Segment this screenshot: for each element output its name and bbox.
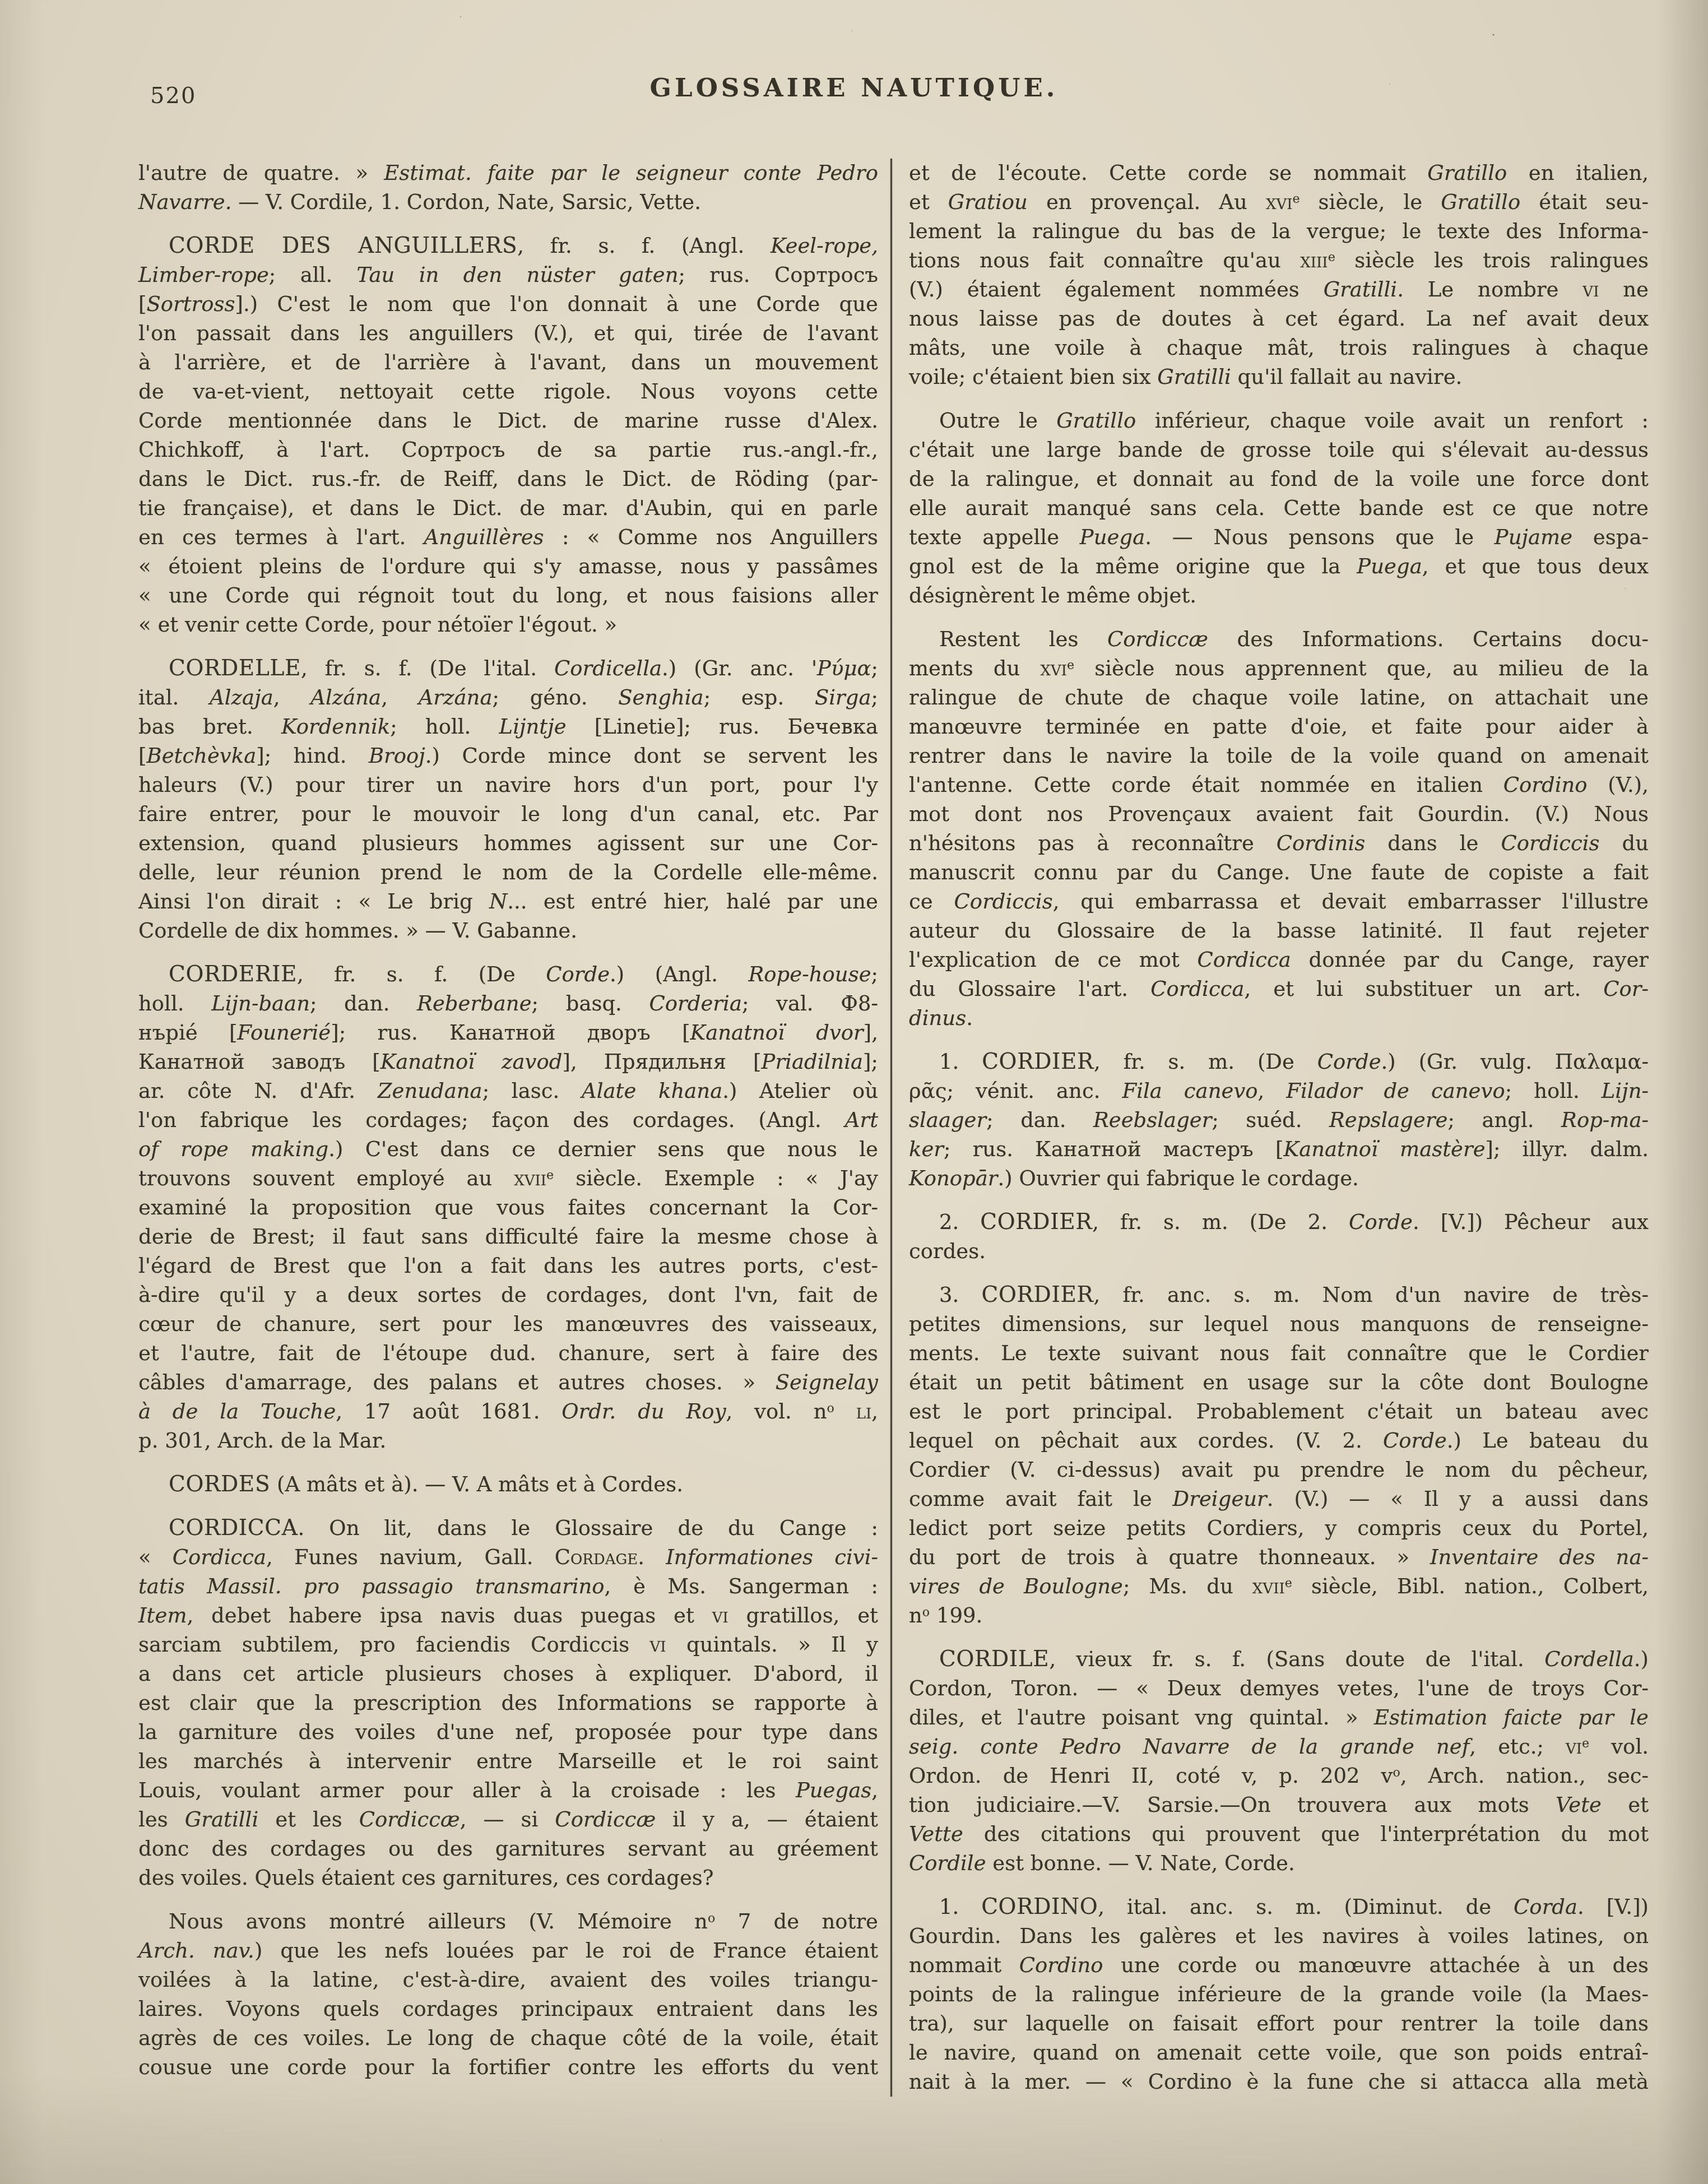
text-line: CORDELLE, fr. s. f. (De l'ital. Cordicel… (138, 654, 878, 683)
text-line: laires. Voyons quels cordages principaux… (138, 1995, 878, 2024)
text-line: ker; rus. Канатной мастеръ [Kanatnoï mas… (909, 1135, 1649, 1164)
text-line: lement la ralingue du bas de la vergue; … (909, 217, 1649, 246)
text-line: p. 301, Arch. de la Mar. (138, 1426, 878, 1455)
text-line: cousue une corde pour la fortifier contr… (138, 2053, 878, 2082)
text-line: slaager; dan. Reebslager; suéd. Repslage… (909, 1106, 1649, 1135)
entry-cordile: CORDILE, vieux fr. s. f. (Sans doute de … (909, 1645, 1649, 1878)
text-line: CORDICCA. On lit, dans le Glossaire de d… (138, 1514, 878, 1543)
text-line: Arch. nav.) que les nefs louées par le r… (138, 1936, 878, 1965)
text-line: Ordon. de Henri II, coté v, p. 202 vo, A… (909, 1761, 1649, 1791)
continuation-gratillo: et de l'écoute. Cette corde se nommait G… (909, 159, 1649, 392)
text-line: 2. CORDIER, fr. s. m. (De 2. Corde. [V.]… (909, 1208, 1649, 1237)
text-line: Nous avons montré ailleurs (V. Mémoire n… (138, 1907, 878, 1936)
text-line: voilées à la latine, c'est-à-dire, avaie… (138, 1965, 878, 1995)
continuation-corde: l'autre de quatre. » Estimat. faite par … (138, 159, 878, 217)
text-line: seig. conte Pedro Navarre de la grande n… (909, 1732, 1649, 1761)
entry-cordier-3: 3. CORDIER, fr. anc. s. m. Nom d'un navi… (909, 1281, 1649, 1630)
text-line: Louis, voulant armer pour aller à la cro… (138, 1776, 878, 1805)
text-line: dans le Dict. rus.-fr. de Reiff, dans le… (138, 465, 878, 494)
text-line: tion judiciaire.—V. Sarsie.—On trouvera … (909, 1791, 1649, 1820)
text-line: examiné la proposition que vous faites c… (138, 1193, 878, 1222)
text-line: est le port principal. Probablement c'ét… (909, 1397, 1649, 1426)
text-line: nous laisse pas de doutes à cet égard. L… (909, 304, 1649, 333)
text-line: vires de Boulogne; Ms. du xviie siècle, … (909, 1572, 1649, 1601)
text-line: mâts, une voile à chaque mât, trois rali… (909, 333, 1649, 363)
text-line: ρᾶς; vénit. anc. Fila canevo, Filador de… (909, 1077, 1649, 1106)
text-line: CORDES (A mâts et à). — V. A mâts et à C… (138, 1470, 878, 1499)
text-line: texte appelle Puega. — Nous pensons que … (909, 523, 1649, 552)
text-line: est clair que la prescription des Inform… (138, 1689, 878, 1718)
text-line: 1. CORDINO, ital. anc. s. m. (Diminut. d… (909, 1893, 1649, 1922)
text-line: « Cordicca, Funes navium, Gall. Cordage.… (138, 1543, 878, 1572)
entry-cordier-1: 1. CORDIER, fr. s. m. (De Corde.) (Gr. v… (909, 1047, 1649, 1193)
page-title: GLOSSAIRE NAUTIQUE. (0, 73, 1708, 103)
text-line: « et venir cette Corde, pour nétoïer l'é… (138, 610, 878, 639)
entry-cordier-2: 2. CORDIER, fr. s. m. (De 2. Corde. [V.]… (909, 1208, 1649, 1266)
text-line: Cordile est bonne. — V. Nate, Corde. (909, 1849, 1649, 1878)
text-line: Vette des citations qui prouvent que l'i… (909, 1820, 1649, 1849)
text-line: à l'arrière, et de l'arrière à l'avant, … (138, 348, 878, 377)
entry-cordes: CORDES (A mâts et à). — V. A mâts et à C… (138, 1470, 878, 1499)
text-line: nait à la mer. — « Cordino è la fune che… (909, 2067, 1649, 2097)
text-line: dinus. (909, 1004, 1649, 1033)
text-line: la garniture des voiles d'une nef, propo… (138, 1718, 878, 1747)
text-line: cœur de chanure, sert pour les manœuvres… (138, 1310, 878, 1339)
text-line: câbles d'amarrage, des palans et autres … (138, 1368, 878, 1397)
text-line: Outre le Gratillo inférieur, chaque voil… (909, 406, 1649, 435)
text-line: Gourdin. Dans les galères et les navires… (909, 1922, 1649, 1951)
text-line: a dans cet article plusieurs choses à ex… (138, 1659, 878, 1689)
text-line: Ainsi l'on dirait : « Le brig N... est e… (138, 887, 878, 916)
text-line: l'on fabrique les cordages; façon des co… (138, 1106, 878, 1135)
text-line: cordes. (909, 1237, 1649, 1266)
text-line: Канатной заводъ [Kanatnoï zavod], Прядил… (138, 1047, 878, 1077)
text-line: sarciam subtilem, pro faciendis Cordicci… (138, 1630, 878, 1659)
entry-cordicca-paragraph-2: Nous avons montré ailleurs (V. Mémoire n… (138, 1907, 878, 2082)
text-line: elle aurait manqué sans cela. Cette band… (909, 494, 1649, 523)
text-line: et l'autre, fait de l'étoupe dud. chanur… (138, 1339, 878, 1368)
text-line: les Gratilli et les Cordiccæ, — si Cordi… (138, 1805, 878, 1834)
right-column: et de l'écoute. Cette corde se nommait G… (909, 159, 1649, 2097)
text-line: agrès de ces voiles. Le long de chaque c… (138, 2024, 878, 2053)
text-line: « une Corde qui régnoit tout du long, et… (138, 581, 878, 610)
text-line: le navire, quand on amenait cette voile,… (909, 2038, 1649, 2067)
text-line: diles, et l'autre poisant vng quintal. »… (909, 1703, 1649, 1732)
text-line: tions nous fait connaître qu'au xiiie si… (909, 246, 1649, 275)
text-line: Cordier (V. ci-dessus) avait pu prendre … (909, 1455, 1649, 1485)
entry-cordicca: CORDICCA. On lit, dans le Glossaire de d… (138, 1514, 878, 1893)
text-line: ce Cordiccis, qui embarrassa et devait e… (909, 887, 1649, 916)
text-line: no 199. (909, 1601, 1649, 1630)
entry-cordino-1: 1. CORDINO, ital. anc. s. m. (Diminut. d… (909, 1893, 1649, 2097)
text-line: 1. CORDIER, fr. s. m. (De Corde.) (Gr. v… (909, 1047, 1649, 1077)
text-line: l'autre de quatre. » Estimat. faite par … (138, 159, 878, 188)
text-line: manuscrit connu par du Cange. Une faute … (909, 858, 1649, 887)
text-line: n'hésitons pas à reconnaître Cordinis da… (909, 829, 1649, 858)
entry-corde-des-anguillers: CORDE DES ANGUILLERS, fr. s. f. (Angl. K… (138, 231, 878, 639)
text-line: holl. Lijn-baan; dan. Reberbane; basq. C… (138, 989, 878, 1018)
text-line: l'explication de ce mot Cordicca donnée … (909, 945, 1649, 975)
entry-cordelle: CORDELLE, fr. s. f. (De l'ital. Cordicel… (138, 654, 878, 945)
text-line: désignèrent le même objet. (909, 581, 1649, 610)
text-line: des voiles. Quels étaient ces garnitures… (138, 1863, 878, 1893)
text-line: manœuvre terminée en patte d'oie, et fai… (909, 712, 1649, 741)
text-line: ments du xvie siècle nous apprennent que… (909, 654, 1649, 683)
text-line: (V.) étaient également nommées Gratilli.… (909, 275, 1649, 304)
text-line: faire entrer, pour le mouvoir le long d'… (138, 800, 878, 829)
text-line: comme avait fait le Dreigeur. (V.) — « I… (909, 1485, 1649, 1514)
text-line: tatis Massil. pro passagio transmarino, … (138, 1572, 878, 1601)
text-line: l'on passait dans les anguillers (V.), e… (138, 319, 878, 348)
text-line: en ces termes à l'art. Anguillères : « C… (138, 523, 878, 552)
text-line: Cordon, Toron. — « Deux demyes vetes, l'… (909, 1674, 1649, 1703)
text-line: lequel on pêchait aux cordes. (V. 2. Cor… (909, 1426, 1649, 1455)
left-column: l'autre de quatre. » Estimat. faite par … (138, 159, 878, 2097)
text-line: haleurs (V.) pour tirer un navire hors d… (138, 771, 878, 800)
text-line: ar. côte N. d'Afr. Zenudana; lasc. Alate… (138, 1077, 878, 1106)
text-line: [Betchèvka]; hind. Brooj.) Corde mince d… (138, 741, 878, 771)
text-line: Item, debet habere ipsa navis duas puega… (138, 1601, 878, 1630)
text-line: ralingue de chute de chaque voile latine… (909, 683, 1649, 712)
text-line: ledict port seize petits Cordiers, y com… (909, 1514, 1649, 1543)
text-line: of rope making.) C'est dans ce dernier s… (138, 1135, 878, 1164)
column-divider (890, 159, 892, 2097)
text-line: ital. Alzaja, Alzána, Arzána; géno. Seng… (138, 683, 878, 712)
book-page: 520 GLOSSAIRE NAUTIQUE. l'autre de quatr… (0, 0, 1708, 2184)
text-line: et de l'écoute. Cette corde se nommait G… (909, 159, 1649, 188)
text-line: tie française), et dans le Dict. de mar.… (138, 494, 878, 523)
text-line: et Gratiou en provençal. Au xvie siècle,… (909, 188, 1649, 217)
text-line: Navarre. — V. Cordile, 1. Cordon, Nate, … (138, 188, 878, 217)
text-line: Limber-rope; all. Tau in den nüster gate… (138, 261, 878, 290)
text-line: auteur du Glossaire de la basse latinité… (909, 916, 1649, 945)
text-line: mot dont nos Provençaux avaient fait Gou… (909, 800, 1649, 829)
text-line: voile; c'étaient bien six Gratilli qu'il… (909, 363, 1649, 392)
text-line: « étoient pleins de l'ordure qui s'y ama… (138, 552, 878, 581)
text-line: était un petit bâtiment en usage sur la … (909, 1368, 1649, 1397)
text-line: de la ralingue, et donnait au fond de la… (909, 465, 1649, 494)
paragraph-puega: Outre le Gratillo inférieur, chaque voil… (909, 406, 1649, 610)
text-columns: l'autre de quatre. » Estimat. faite par … (138, 159, 1649, 2097)
text-line: du Glossaire l'art. Cordicca, et lui sub… (909, 975, 1649, 1004)
text-line: de va-et-vient, nettoyait cette rigole. … (138, 377, 878, 406)
text-line: Konopār.) Ouvrier qui fabrique le cordag… (909, 1164, 1649, 1193)
text-line: gnol est de la même origine que la Puega… (909, 552, 1649, 581)
text-line: Corde mentionnée dans le Dict. de marine… (138, 406, 878, 435)
text-line: нъріé [Founerié]; rus. Канатной дворъ [K… (138, 1018, 878, 1047)
text-line: à-dire qu'il y a deux sortes de cordages… (138, 1281, 878, 1310)
text-line: Chichkoff, à l'art. Сортросъ de sa parti… (138, 435, 878, 465)
text-line: l'antenne. Cette corde était nommée en i… (909, 771, 1649, 800)
text-line: [Sortross].) C'est le nom que l'on donna… (138, 290, 878, 319)
text-line: CORDE DES ANGUILLERS, fr. s. f. (Angl. K… (138, 231, 878, 261)
text-line: ments. Le texte suivant nous fait connaî… (909, 1339, 1649, 1368)
paragraph-cordiccae: Restent les Cordiccæ des Informations. C… (909, 625, 1649, 1033)
text-line: Restent les Cordiccæ des Informations. C… (909, 625, 1649, 654)
text-line: nommait Cordino une corde ou manœuvre at… (909, 1951, 1649, 1980)
text-line: delle, leur réunion prend le nom de la C… (138, 858, 878, 887)
text-line: extension, quand plusieurs hommes agisse… (138, 829, 878, 858)
text-line: l'égard de Brest que l'on a fait dans le… (138, 1251, 878, 1281)
text-line: rentrer dans le navire la toile de la vo… (909, 741, 1649, 771)
text-line: donc des cordages ou des garnitures serv… (138, 1834, 878, 1863)
text-line: points de la ralingue inférieure de la g… (909, 1980, 1649, 2009)
text-line: du port de trois à quatre thonneaux. » I… (909, 1543, 1649, 1572)
text-line: bas bret. Kordennik; holl. Lijntje [Line… (138, 712, 878, 741)
text-line: à de la Touche, 17 août 1681. Ordr. du R… (138, 1397, 878, 1426)
text-line: c'était une large bande de grosse toile … (909, 435, 1649, 465)
text-line: petites dimensions, sur lequel nous manq… (909, 1310, 1649, 1339)
text-line: les marchés à intervenir entre Marseille… (138, 1747, 878, 1776)
text-line: tra), sur laquelle on faisait effort pou… (909, 2009, 1649, 2038)
text-line: CORDERIE, fr. s. f. (De Corde.) (Angl. R… (138, 960, 878, 989)
text-line: 3. CORDIER, fr. anc. s. m. Nom d'un navi… (909, 1281, 1649, 1310)
text-line: Cordelle de dix hommes. » — V. Gabanne. (138, 916, 878, 945)
text-line: trouvons souvent employé au xviie siècle… (138, 1164, 878, 1193)
text-line: derie de Brest; il faut sans difficulté … (138, 1222, 878, 1251)
entry-corderie: CORDERIE, fr. s. f. (De Corde.) (Angl. R… (138, 960, 878, 1455)
text-line: CORDILE, vieux fr. s. f. (Sans doute de … (909, 1645, 1649, 1674)
